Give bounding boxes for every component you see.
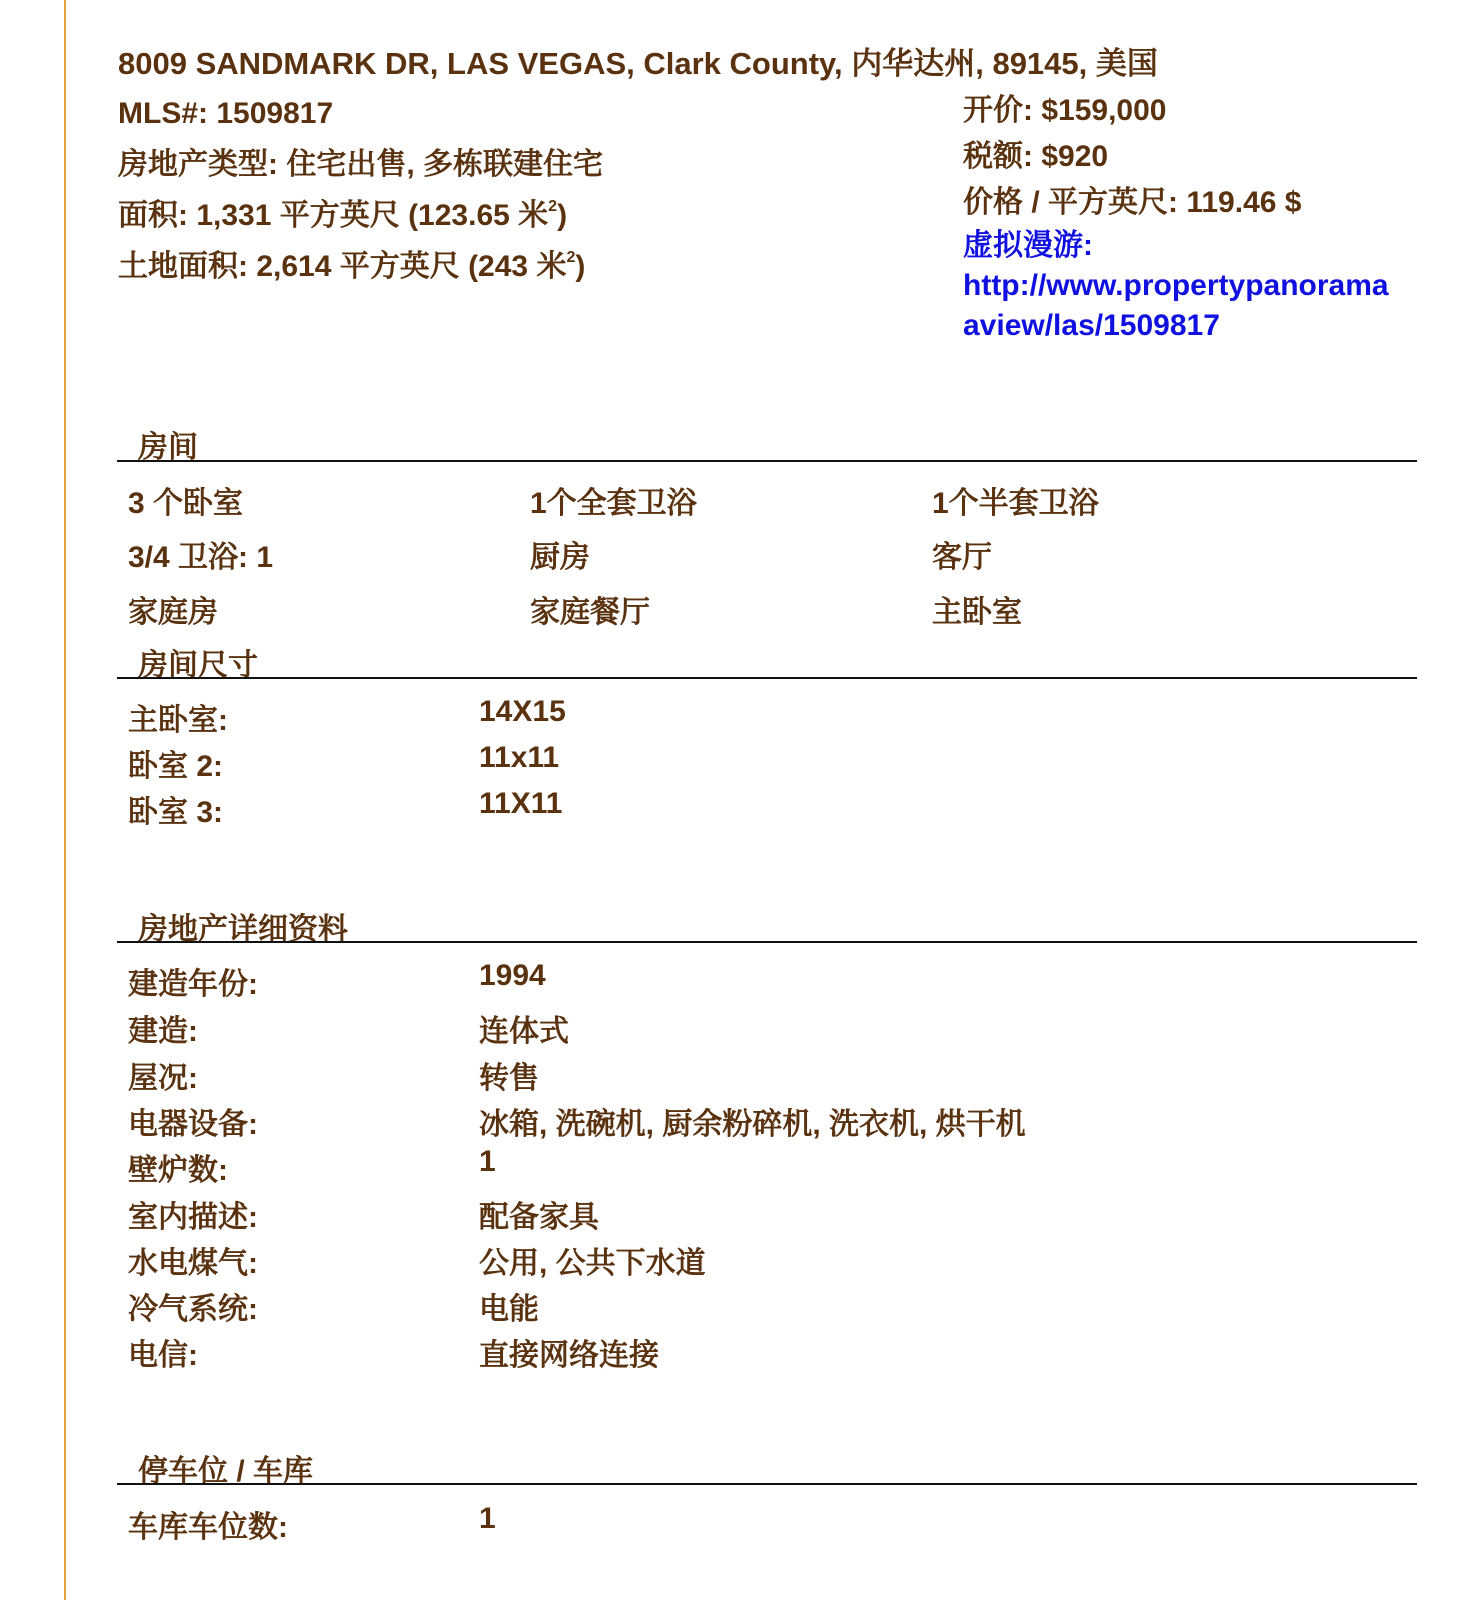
- dimension-label: 主卧室:: [128, 695, 228, 739]
- list-price: 开价: $159,000: [963, 88, 1418, 134]
- detail-value: 冰箱, 洗碗机, 厨余粉碎机, 洗衣机, 烘干机: [479, 1099, 1026, 1143]
- detail-value: 1994: [479, 959, 546, 993]
- detail-label: 电器设备:: [128, 1099, 258, 1143]
- room-item: 3/4 卫浴: 1: [128, 532, 273, 576]
- room-item: 3 个卧室: [128, 478, 243, 522]
- left-info-block: MLS#: 1509817 房地产类型: 住宅出售, 多栋联建住宅 面积: 1,…: [118, 88, 603, 292]
- room-item: 家庭餐厅: [530, 587, 650, 631]
- tax-amount: 税额: $920: [963, 134, 1418, 180]
- dimension-value: 11X11: [479, 787, 562, 821]
- virtual-tour-link[interactable]: http://www.propertypanoramaaview/las/150…: [963, 266, 1418, 346]
- room-item: 1个半套卫浴: [932, 478, 1099, 522]
- detail-value: 直接网络连接: [479, 1330, 659, 1374]
- detail-label: 屋况:: [128, 1053, 198, 1097]
- section-divider: [117, 941, 1417, 943]
- detail-value: 电能: [479, 1284, 539, 1328]
- property-type: 房地产类型: 住宅出售, 多栋联建住宅: [118, 139, 603, 190]
- dimension-label: 卧室 3:: [128, 787, 223, 831]
- detail-value: 连体式: [479, 1006, 569, 1050]
- detail-label: 水电煤气:: [128, 1238, 258, 1282]
- mls-number: MLS#: 1509817: [118, 88, 603, 139]
- room-item: 1个全套卫浴: [530, 478, 697, 522]
- room-item: 主卧室: [932, 587, 1022, 631]
- detail-label: 建造:: [128, 1006, 198, 1050]
- section-divider: [117, 1483, 1417, 1485]
- property-address: 8009 SANDMARK DR, LAS VEGAS, Clark Count…: [118, 38, 1158, 83]
- detail-value: 公用, 公共下水道: [479, 1238, 706, 1282]
- room-item: 客厅: [932, 532, 992, 576]
- detail-value: 配备家具: [479, 1192, 599, 1236]
- price-per-sqft: 价格 / 平方英尺: 119.46 $: [963, 180, 1418, 226]
- detail-label: 电信:: [128, 1330, 198, 1374]
- room-item: 家庭房: [128, 587, 218, 631]
- right-info-block: 开价: $159,000 税额: $920 价格 / 平方英尺: 119.46 …: [963, 88, 1418, 346]
- left-border-line: [64, 0, 66, 1600]
- parking-label: 车库车位数:: [128, 1502, 288, 1546]
- living-area: 面积: 1,331 平方英尺 (123.65 米2): [118, 190, 603, 241]
- detail-label: 室内描述:: [128, 1192, 258, 1236]
- section-divider: [117, 677, 1417, 679]
- dimension-value: 11x11: [479, 741, 559, 775]
- land-area: 土地面积: 2,614 平方英尺 (243 米2): [118, 241, 603, 292]
- dimension-value: 14X15: [479, 695, 566, 729]
- detail-label: 冷气系统:: [128, 1284, 258, 1328]
- virtual-tour-label[interactable]: 虚拟漫游:: [963, 226, 1418, 266]
- room-item: 厨房: [530, 532, 590, 576]
- dimension-label: 卧室 2:: [128, 741, 223, 785]
- detail-value: 1: [479, 1145, 496, 1179]
- section-divider: [117, 460, 1417, 462]
- parking-value: 1: [479, 1502, 496, 1536]
- detail-label: 建造年份:: [128, 959, 258, 1003]
- detail-label: 壁炉数:: [128, 1145, 228, 1189]
- detail-value: 转售: [479, 1053, 539, 1097]
